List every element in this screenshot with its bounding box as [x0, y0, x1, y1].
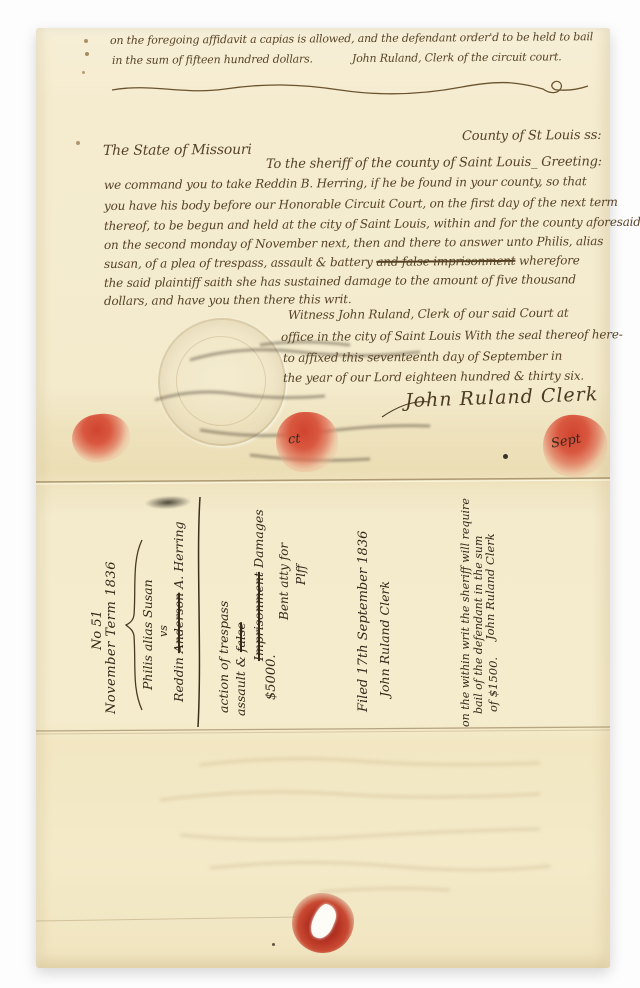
- embossed-court-seal: [158, 318, 286, 446]
- capias-note-line2: in the sum of fifteen hundred dollars.: [112, 52, 313, 67]
- docket-filed-signature: John Ruland Clerk: [377, 581, 392, 697]
- paper-speck: [85, 52, 89, 56]
- docket-plaintiff: Philis alias Susan: [140, 579, 155, 690]
- state-heading: The State of Missouri: [103, 142, 252, 159]
- embossed-court-seal-inner-ring: [176, 336, 266, 426]
- docket-action-line2: assault & false: [233, 622, 248, 716]
- docket-damages: $5000.: [264, 655, 279, 701]
- witness-line4: the year of our Lord eighteen hundred & …: [283, 369, 584, 385]
- capias-note-clerk: John Ruland, Clerk of the circuit court.: [352, 50, 562, 65]
- paper-speck: [82, 71, 85, 74]
- writ-body-line7: dollars, and have you then there this wr…: [104, 292, 352, 308]
- writ-body-line5-pre: susan, of a plea of trespass, assault & …: [104, 255, 376, 271]
- paper-speck: [84, 39, 88, 43]
- wax-seal-center: [276, 412, 338, 472]
- docket-action-line3-post: Damages: [251, 509, 266, 572]
- writ-body-line5-post: wherefore: [515, 253, 579, 268]
- seal-ink-note-center: ct: [287, 431, 301, 447]
- docket-bail-line1: on the within writ the sheriff will requ…: [459, 498, 472, 727]
- docket-bail-line3: of $1500.: [486, 657, 500, 712]
- docket-action-line1: action of trespass: [216, 601, 231, 713]
- witness-line1: Witness John Ruland, Clerk of our said C…: [288, 306, 569, 322]
- paper-speck: [76, 141, 80, 145]
- docket-defendant: Reddin Anderson A. Herring: [171, 521, 186, 702]
- witness-line2: office in the city of Saint Louis With t…: [281, 327, 623, 344]
- ink-blot: [145, 495, 192, 510]
- wax-seal-bottom-tear: [307, 901, 340, 941]
- county-heading: County of St Louis ss:: [462, 128, 601, 144]
- ink-dot: [503, 454, 508, 459]
- docket-defendant-struck: Anderson: [171, 593, 186, 653]
- docket-action-line3-struck: Imprisonment: [251, 572, 266, 661]
- docket-action-line3: Imprisonment Damages: [251, 509, 266, 661]
- docket-bail-signature: John Ruland Clerk: [483, 533, 497, 640]
- docket-versus: vs: [157, 625, 170, 637]
- docket-case-number: No 51: [90, 610, 105, 650]
- docket-action-line2-pre: assault &: [233, 652, 248, 716]
- ink-dot: [272, 943, 275, 946]
- scanned-document-page: on the foregoing affidavit a capias is a…: [0, 0, 640, 988]
- docket-defendant-post: A. Herring: [171, 521, 186, 592]
- witness-line3: to affixed this seventeenth day of Septe…: [283, 349, 562, 365]
- docket-filed-line: Filed 17th September 1836: [356, 531, 371, 712]
- docket-attorney-line1: Bent atty for: [277, 543, 291, 620]
- writ-body-line5-struck: and false imprisonment: [376, 254, 515, 269]
- docket-term: November Term 1836: [104, 561, 119, 714]
- docket-defendant-pre: Reddin: [171, 653, 186, 702]
- docket-action-line2-struck: false: [233, 622, 248, 652]
- salutation-line: To the sheriff of the county of Saint Lo…: [266, 154, 602, 172]
- docket-attorney-line2: Plff: [294, 565, 308, 585]
